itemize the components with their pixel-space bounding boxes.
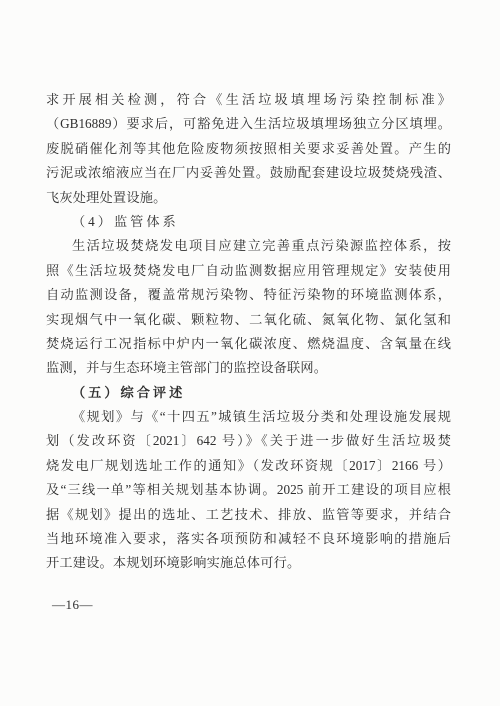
- text-line: 及“三线一单”等相关规划基本协调。2025 前开工建设的项目应根: [46, 478, 451, 502]
- text-line: 烧发电厂规划选址工作的通知》（发改环资规〔2017〕2166 号）: [46, 454, 451, 478]
- text-line: 照《生活垃圾焚烧发电厂自动监测数据应用管理规定》安装使用: [46, 259, 451, 283]
- section-heading: （五）综合评述: [46, 381, 451, 405]
- text-line: 污泥或浓缩液应当在厂内妥善处置。鼓励配套建设垃圾焚烧残渣、: [46, 161, 451, 185]
- text-line: 据《规划》提出的选址、工艺技术、排放、监管等要求，并结合: [46, 503, 451, 527]
- document-page: 求开展相关检测，符合《生活垃圾填埋场污染控制标准》（GB16889）要求后，可豁…: [0, 0, 500, 706]
- text-line: 求开展相关检测，符合《生活垃圾填埋场污染控制标准》: [46, 88, 451, 112]
- text-line: 监测，并与生态环境主管部门的监控设备联网。: [46, 356, 451, 380]
- page-number: —16—: [52, 596, 93, 614]
- text-line: 开工建设。本规划环境影响实施总体可行。: [46, 551, 451, 575]
- document-body: 求开展相关检测，符合《生活垃圾填埋场污染控制标准》（GB16889）要求后，可豁…: [46, 88, 451, 576]
- text-line: 自动监测设备，覆盖常规污染物、特征污染物的环境监测体系，: [46, 283, 451, 307]
- section-heading: （4）监管体系: [46, 210, 451, 234]
- text-line: 《规划》与《“十四五”城镇生活垃圾分类和处理设施发展规: [46, 405, 451, 429]
- text-line: 生活垃圾焚烧发电项目应建立完善重点污染源监控体系，按: [46, 234, 451, 258]
- text-line: 划（发改环资〔2021〕642 号）》《关于进一步做好生活垃圾焚: [46, 429, 451, 453]
- text-line: 焚烧运行工况指标中炉内一氧化碳浓度、燃烧温度、含氧量在线: [46, 332, 451, 356]
- text-line: （GB16889）要求后，可豁免进入生活垃圾填埋场独立分区填埋。: [46, 112, 451, 136]
- text-line: 飞灰处理处置设施。: [46, 186, 451, 210]
- text-line: 废脱硝催化剂等其他危险废物须按照相关要求妥善处置。产生的: [46, 137, 451, 161]
- text-line: 当地环境准入要求，落实各项预防和减轻不良环境影响的措施后: [46, 527, 451, 551]
- text-line: 实现烟气中一氧化碳、颗粒物、二氧化硫、氮氧化物、氯化氢和: [46, 308, 451, 332]
